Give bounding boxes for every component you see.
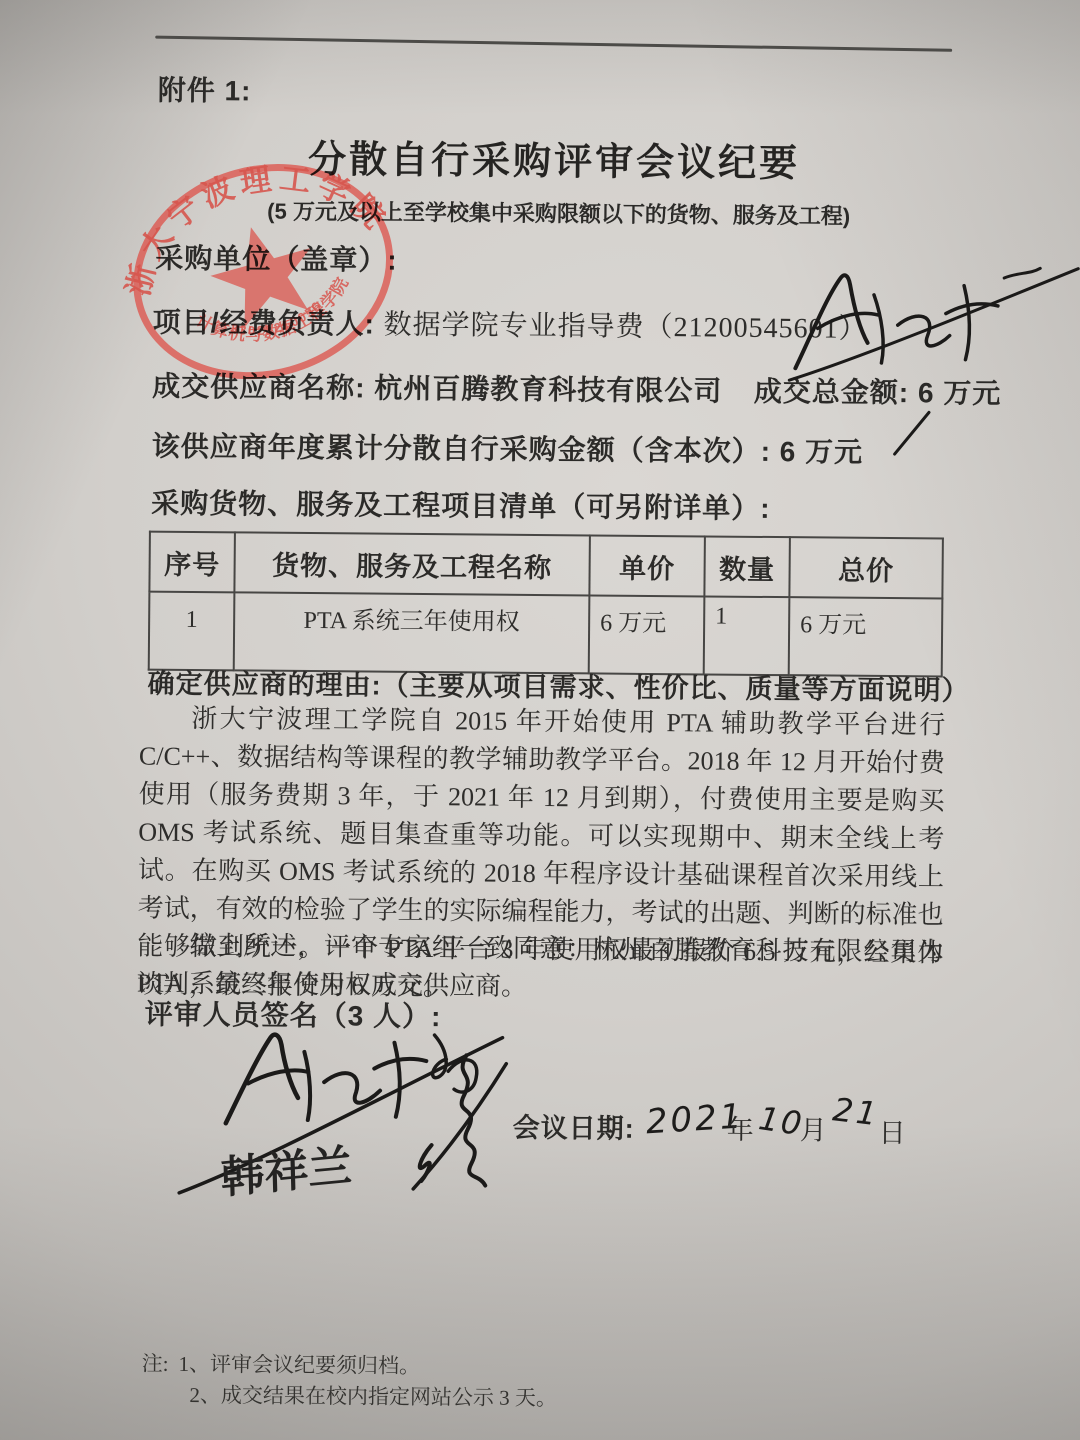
paper-page: 附件 1: 分散自行采购评审会议纪要 (5 万元及以上至学校集中采购限额以下的货… [0,0,1080,1440]
cell-item-name: PTA 系统三年使用权 [234,592,590,673]
col-header-index: 序号 [149,532,235,593]
items-table: 序号 货物、服务及工程名称 单价 数量 总价 1 PTA 系统三年使用权 6 万… [148,531,944,678]
footer-notes: 注: 1、评审会议纪要须归档。 2、成交结果在校内指定网站公示 3 天。 [141,1349,557,1415]
annual-total-label: 该供应商年度累计分散自行采购金额（含本次）: [152,431,772,467]
annual-total-line: 该供应商年度累计分散自行采购金额（含本次）: 6 万元 [152,425,864,471]
notes-label: 注: [142,1349,169,1380]
col-header-quantity: 数量 [704,536,790,597]
item-list-label: 采购货物、服务及工程项目清单（可另附详单）: [151,482,771,527]
supplier-value: 杭州百腾教育科技有限公司 [374,373,722,407]
signature-name-2: 韩祥兰 [220,1129,353,1206]
note-item-1: 1、评审会议纪要须归档。 [178,1349,420,1382]
signature-scribble-project-owner [777,250,1080,428]
meeting-date-label: 会议日期: [513,1106,635,1146]
note-item-2: 2、成交结果在校内指定网站公示 3 天。 [189,1380,557,1414]
attachment-label: 附件 1: [158,69,252,110]
annual-total-value: 6 万元 [780,436,864,468]
meeting-date-row: 会议日期: 2021 年 10 月 21 日 [512,1098,933,1162]
meeting-date-day: 21 [831,1090,882,1133]
col-header-unit-price: 单价 [589,535,705,596]
meeting-date-month: 10 [756,1099,806,1143]
meeting-date-year-unit: 年 [727,1108,755,1147]
table-header-row: 序号 货物、服务及工程名称 单价 数量 总价 [149,532,942,599]
col-header-name: 货物、服务及工程名称 [234,532,590,595]
check-mark-scribble [887,406,937,461]
cell-index: 1 [149,592,235,671]
meeting-date-day-unit: 日 [879,1111,907,1150]
cell-total-price: 6 万元 [789,597,943,676]
col-header-total-price: 总价 [789,537,943,598]
cell-unit-price: 6 万元 [589,595,705,674]
meeting-date-month-unit: 月 [800,1108,828,1147]
cell-quantity: 1 [704,596,790,675]
header-rule [155,36,952,52]
photographed-document: 附件 1: 分散自行采购评审会议纪要 (5 万元及以上至学校集中采购限额以下的货… [0,0,1080,1440]
signature-scribble-3 [403,1047,519,1198]
